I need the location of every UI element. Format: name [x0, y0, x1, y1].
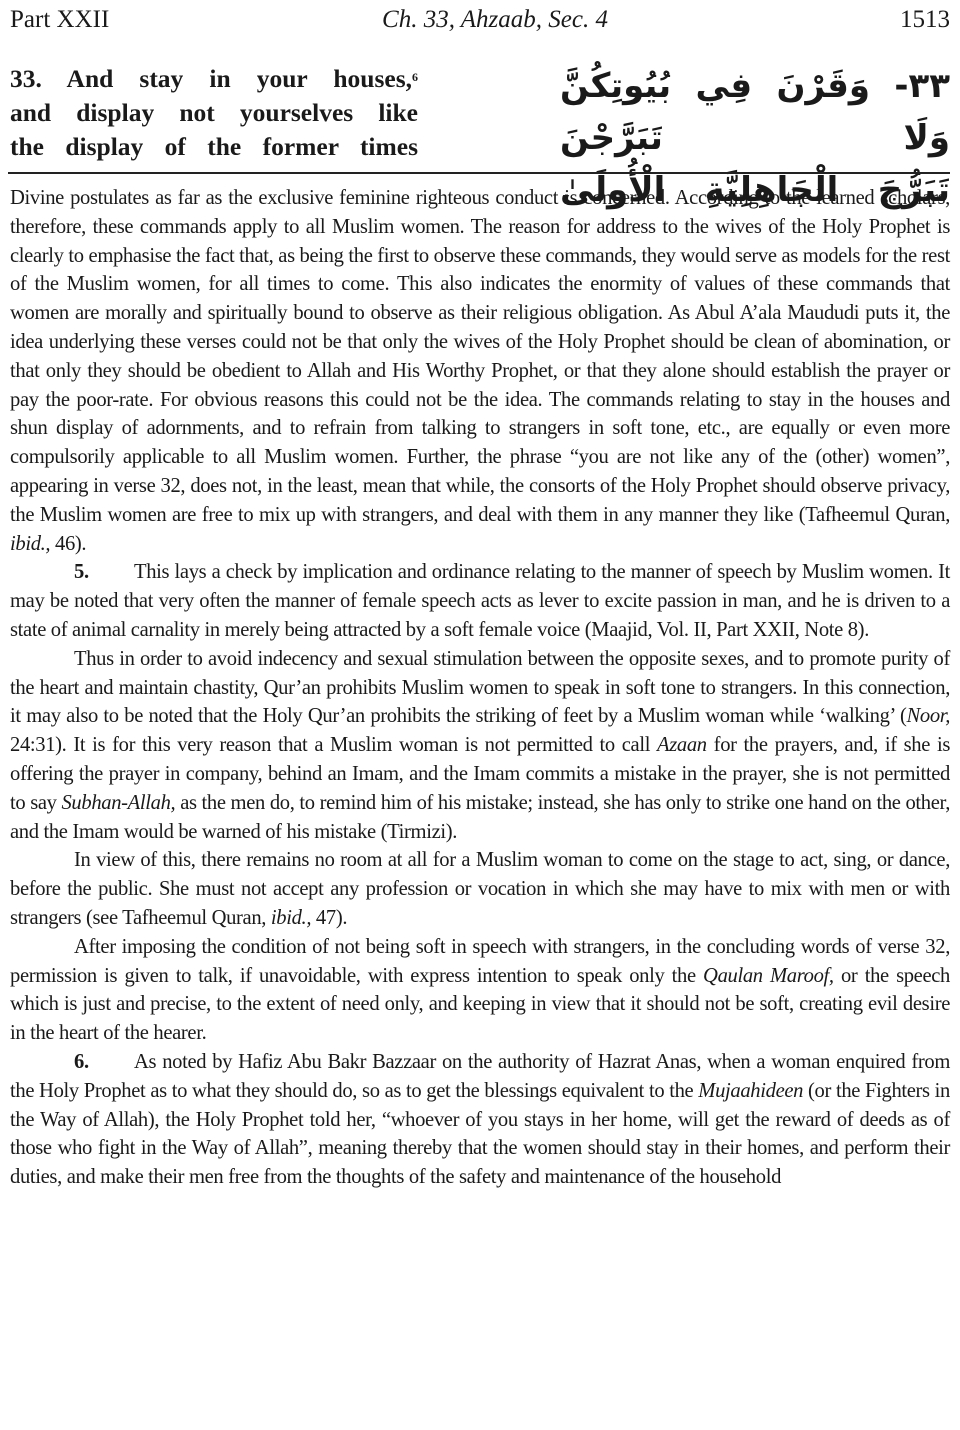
italic-term: Qaulan Maroof,: [703, 965, 834, 987]
verse-line: the display of the former times: [10, 130, 418, 164]
italic-term: Mujaahideen: [698, 1080, 803, 1102]
italic-reference: Noor,: [907, 705, 950, 727]
italic-reference: ibid.,: [271, 907, 311, 929]
note-5: 5.This lays a check by implication and o…: [10, 558, 950, 644]
paragraph: Divine postulates as far as the exclusiv…: [10, 184, 950, 558]
verse-divider: [8, 172, 950, 174]
text: 24:31). It is for this very reason that …: [10, 734, 657, 756]
text: Divine postulates as far as the exclusiv…: [10, 187, 950, 526]
note-6: 6.As noted by Hafiz Abu Bakr Bazzaar on …: [10, 1048, 950, 1192]
text: 46).: [50, 533, 86, 555]
text: 47).: [311, 907, 347, 929]
arabic-line: ٣٣- وَقَرْنَ فِي بُيُوتِكُنَّ وَلَا تَبَ…: [560, 60, 950, 164]
italic-reference: ibid.,: [10, 533, 50, 555]
paragraph: After imposing the condition of not bein…: [10, 933, 950, 1048]
footnote-marker: 6: [412, 70, 418, 84]
text: Thus in order to avoid indecency and sex…: [10, 648, 950, 728]
chapter-section-label: Ch. 33, Ahzaab, Sec. 4: [10, 2, 950, 38]
verse-line-text: 33. And stay in your houses,: [10, 64, 412, 93]
paragraph: In view of this, there remains no room a…: [10, 846, 950, 932]
text: This lays a check by implication and ord…: [10, 561, 950, 641]
verse-translation: 33. And stay in your houses,6 and displa…: [10, 62, 418, 164]
verse-line: 33. And stay in your houses,6: [10, 62, 418, 96]
note-number: 6.: [74, 1048, 134, 1077]
running-head: Part XXII Ch. 33, Ahzaab, Sec. 4 1513: [10, 2, 950, 38]
note-number: 5.: [74, 558, 134, 587]
italic-term: Azaan: [657, 734, 707, 756]
verse-line: and display not yourselves like: [10, 96, 418, 130]
text: In view of this, there remains no room a…: [10, 849, 950, 929]
italic-term: Subhan-Allah,: [61, 792, 175, 814]
paragraph: Thus in order to avoid indecency and sex…: [10, 645, 950, 847]
commentary-body: Divine postulates as far as the exclusiv…: [10, 184, 950, 1192]
page-number: 1513: [900, 2, 950, 38]
verse-block: 33. And stay in your houses,6 and displa…: [10, 62, 950, 170]
